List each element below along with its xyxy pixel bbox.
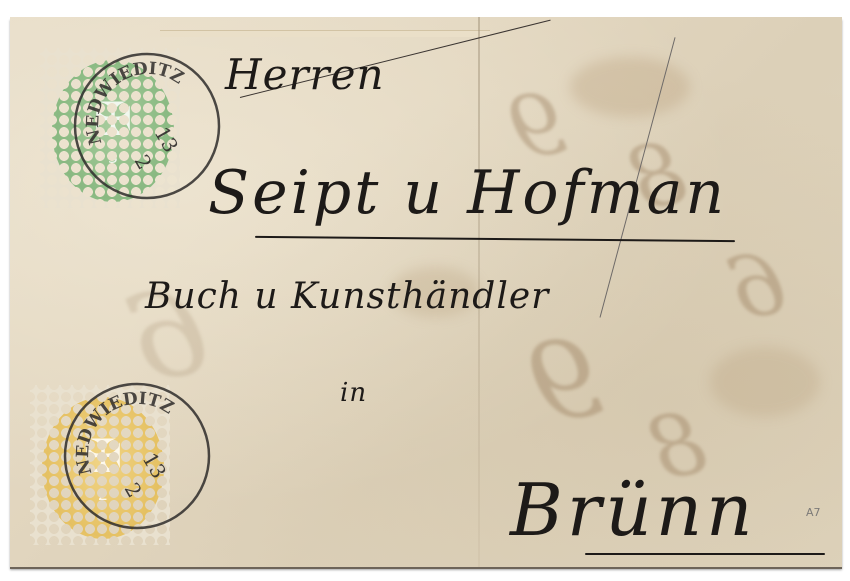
paper-stain [710,347,820,417]
bleed-through-writing: 6 [720,232,794,341]
city-underline [585,553,825,555]
address-salutation: Herren [225,50,385,99]
address-name: Seipt u Hofman [208,158,727,228]
postmark-1: NEDWIEDITZ 13 2 [72,48,222,198]
postmark-month: 2 [120,479,147,502]
postmark-day: 13 [150,123,184,157]
postmark-circle: NEDWIEDITZ 13 2 [72,48,222,198]
address-city: Brünn [510,468,756,552]
postmark-circle: NEDWIEDITZ 13 2 [62,378,212,528]
cover-flap-edge [160,30,490,37]
address-preposition: in [340,378,367,408]
bleed-through-writing: 9 [517,311,612,451]
postmark-2: NEDWIEDITZ 13 2 [62,378,212,528]
paper-stain [570,57,690,117]
address-trade: Buch u Kunsthändler [145,276,549,317]
postmark-day: 13 [138,449,172,483]
postmark-month: 2 [130,151,157,174]
pencil-note: A7 [806,506,821,519]
